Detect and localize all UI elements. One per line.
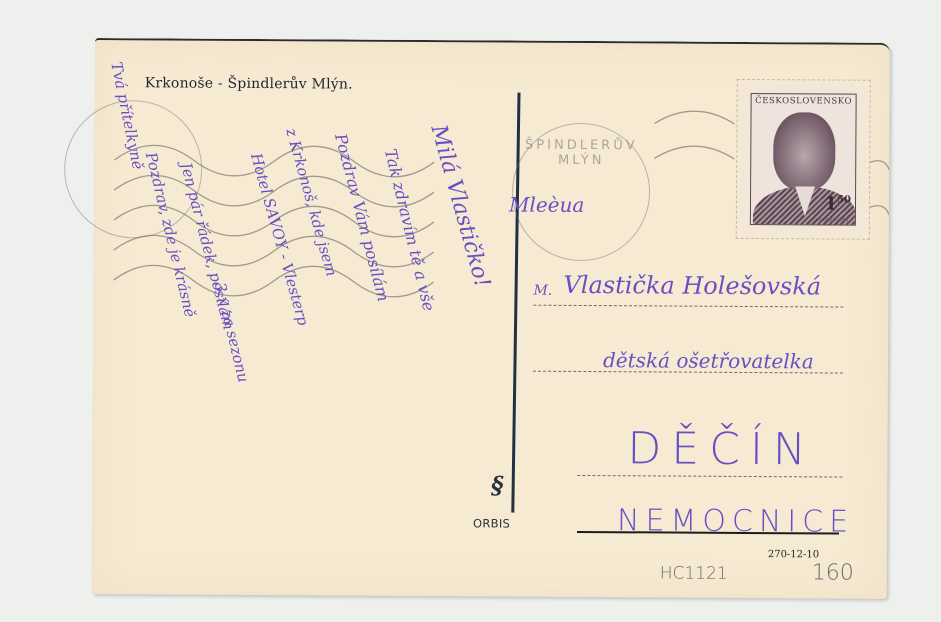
stamp-country: ČESKOSLOVENSKO	[752, 96, 856, 107]
print-code: 270-12-10	[768, 549, 819, 560]
postcard: Krkonoše - Špindlerův Mlýn. ŠPINDLERŮV M…	[92, 38, 890, 599]
address-line1-text: Vlastička Holešovská	[563, 271, 821, 301]
front-caption: Krkonoše - Špindlerův Mlýn.	[145, 75, 353, 92]
address-city: DĚČÍN	[627, 423, 816, 475]
postage-stamp: ČESKOSLOVENSKO 150 SVABINSKÝ	[737, 80, 870, 239]
publisher-name: ORBIS	[473, 516, 510, 530]
address-prefix: M.	[533, 283, 552, 299]
publisher-logo-icon: §	[477, 470, 517, 504]
address-line2-text: dětská ošetřovatelka	[603, 348, 814, 373]
inventory-number: HC1121	[660, 563, 728, 583]
portrait-head-icon	[773, 112, 835, 190]
stamp-imprint: SVABINSKÝ	[818, 217, 849, 223]
price-note: 160	[812, 560, 854, 585]
stamp-value: 150	[824, 193, 851, 214]
stamp-frame: ČESKOSLOVENSKO 150 SVABINSKÝ	[750, 93, 857, 226]
postmark-handwriting: Mleèua	[509, 193, 585, 217]
address-institution: NEMOCNICE	[617, 503, 854, 539]
